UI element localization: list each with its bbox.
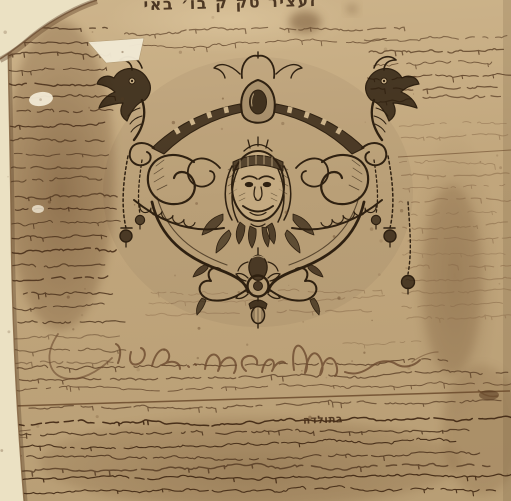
foxing-speckle (7, 176, 9, 178)
foxing-speckle (407, 367, 410, 370)
divider-rule-main (14, 391, 510, 406)
foxing-speckle (371, 320, 373, 322)
rule-end-blot (479, 390, 499, 400)
foxing-speckle (379, 239, 382, 242)
handwritten-line (402, 172, 509, 180)
foxing-speckle (314, 266, 316, 268)
foxing-speckle (103, 195, 106, 198)
foxing-speckle (465, 418, 467, 420)
foxing-speckle (301, 370, 303, 372)
manuscript-page: זעציר טק ק בו׳ באי בתולדה (0, 0, 511, 501)
hebrew-text-left-lower-lines (7, 334, 126, 369)
foxing-speckle (288, 285, 289, 286)
foxing-speckle (238, 291, 241, 294)
handwritten-line (399, 120, 506, 126)
foxing-speckle (242, 292, 244, 294)
foxing-speckle (72, 328, 74, 330)
hebrew-text-upper-center-lines (124, 23, 413, 54)
foxing-speckle (174, 275, 176, 277)
handwritten-line (7, 347, 126, 356)
hebrew-text-sub-rule-line (29, 397, 511, 415)
foxing-speckle (370, 227, 374, 231)
foxing-speckle (197, 357, 199, 359)
foxing-speckle (130, 445, 133, 448)
foxing-speckle (302, 321, 304, 323)
foxing-speckle (281, 122, 284, 125)
latin-cursive-signature (49, 334, 438, 379)
handwritten-line (401, 133, 508, 142)
foxing-speckle (136, 368, 140, 372)
foxing-speckle (168, 489, 171, 492)
foxing-speckle (48, 200, 51, 203)
hebrew-bold-keyword: בתולדה (297, 413, 349, 427)
foxing-speckle (198, 327, 201, 330)
foxing-speckle (413, 94, 414, 95)
woodcut-mask-ornament (97, 52, 419, 328)
foxing-speckle (378, 273, 381, 276)
handwritten-line (343, 341, 421, 349)
foxing-speckle (81, 314, 83, 316)
ball-pendant (120, 230, 132, 242)
foxing-speckle (408, 88, 411, 91)
foxing-speckle (221, 128, 223, 130)
foxing-speckle (39, 98, 42, 101)
foxing-speckle (179, 51, 182, 54)
handwritten-line (9, 334, 119, 340)
foxing-speckle (496, 154, 498, 156)
foxing-speckle (3, 31, 6, 34)
foxing-speckle (246, 344, 248, 346)
manuscript-scan-art (0, 0, 511, 501)
foxing-speckle (365, 122, 366, 123)
foxing-speckle (90, 209, 92, 211)
foxing-speckle (0, 449, 3, 452)
foxing-speckle (507, 473, 509, 475)
foxing-speckle (121, 97, 125, 101)
foxing-speckle (36, 425, 39, 428)
foxing-speckle (480, 161, 482, 163)
foxing-speckle (84, 288, 86, 290)
foxing-speckle (222, 98, 224, 100)
foxing-speckle (337, 296, 340, 299)
foxing-speckle (102, 367, 103, 368)
foxing-speckle (211, 16, 214, 19)
foxing-speckle (172, 121, 175, 124)
foxing-speckle (363, 352, 365, 354)
divider-rule-right (398, 150, 511, 157)
hebrew-text-right-of-signature (343, 341, 421, 349)
foxing-speckle (189, 407, 192, 410)
foxing-speckle (195, 202, 198, 205)
handwritten-line (129, 37, 386, 54)
foxing-speckle (499, 166, 502, 169)
foxing-speckle (7, 330, 10, 333)
foxing-speckle (326, 377, 328, 379)
hebrew-text-right-faint-pair (399, 120, 508, 142)
foxing-speckle (88, 107, 90, 109)
handwritten-line (399, 159, 495, 171)
foxing-speckle (96, 415, 99, 418)
foxing-speckle (499, 283, 501, 285)
foxing-speckle (171, 303, 173, 305)
foxing-speckle (92, 31, 94, 33)
foxing-speckle (384, 48, 388, 52)
foxing-speckle (351, 360, 353, 362)
foxing-speckle (409, 364, 411, 366)
handwritten-line (29, 397, 511, 415)
foxing-speckle (285, 211, 288, 214)
foxing-speckle (121, 51, 123, 53)
foxing-speckle (333, 235, 336, 238)
foxing-speckle (167, 136, 170, 139)
foxing-speckle (134, 204, 136, 206)
foxing-speckle (67, 296, 70, 299)
foxing-speckle (457, 226, 459, 228)
foxing-speckle (163, 349, 165, 351)
foxing-speckle (400, 209, 403, 212)
handwritten-line (124, 23, 412, 39)
foxing-speckle (399, 100, 401, 102)
